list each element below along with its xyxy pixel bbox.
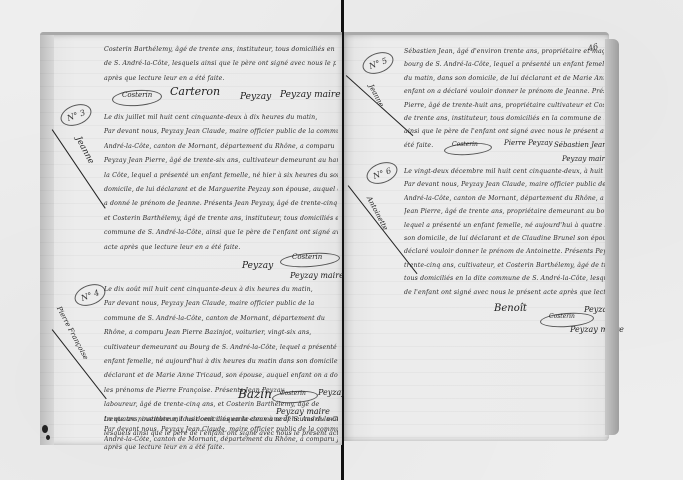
signature: Costerin: [549, 313, 575, 320]
birth-record-entry: Le quatre novembre mil huit cent cinquan…: [104, 415, 338, 445]
signature: Pierre Peyzay: [504, 139, 552, 147]
text-line: bourg de S. André-la-Côte, lequel a prés…: [404, 58, 604, 71]
text-line: a donné le prénom de Jeanne. Présents Je…: [104, 197, 338, 211]
text-line: déclaré vouloir donner le prénom de Anto…: [404, 245, 606, 258]
signature: Peyzay maire: [570, 325, 624, 334]
signature: Peyzay: [318, 388, 346, 397]
text-line: Costerin Barthélemy, âgé de trente ans, …: [104, 43, 336, 57]
text-line: Par devant nous, Peyzay Jean Claude, mai…: [104, 297, 338, 311]
text-line: Pierre, âgé de trente-huit ans, propriét…: [404, 99, 604, 112]
text-line: enfant femelle, né aujourd'hui à dix heu…: [104, 355, 338, 369]
signature: Costerin: [452, 141, 478, 148]
signature: Costerin: [280, 390, 306, 397]
text-line: Par devant nous, Peyzay Jean Claude, mai…: [104, 425, 338, 435]
entry-number-badge: N° 5: [360, 48, 397, 78]
entry-number-badge: N° 3: [58, 100, 95, 130]
signature: Peyzay: [584, 305, 612, 314]
text-line: Le dix juillet mil huit cent cinquante-d…: [104, 111, 338, 125]
left-page: Costerin Barthélemy, âgé de trente ans, …: [40, 32, 342, 445]
signature: Peyzay: [242, 261, 273, 271]
text-line: Peyzay Jean Pierre, âgé de trente-six an…: [104, 154, 338, 168]
text-line: Le vingt-deux décembre mil huit cent cin…: [404, 165, 606, 178]
text-line: lequel a présenté un enfant femelle, né …: [404, 219, 606, 232]
continuation-text: Costerin Barthélemy, âgé de trente ans, …: [104, 43, 336, 86]
entry-number-badge: N° 4: [72, 280, 109, 310]
text-line: Par devant nous, Peyzay Jean Claude, mai…: [104, 125, 338, 139]
signature: Peyzay maire: [562, 155, 609, 163]
text-line: ainsi que le père de l'enfant ont signé …: [404, 125, 604, 138]
ink-stain: [46, 435, 50, 440]
text-line: Sébastien Jean, âgé d'environ trente ans…: [404, 45, 604, 58]
text-line: Par devant nous, Peyzay Jean Claude, mai…: [404, 178, 606, 191]
text-line: du matin, dans son domicile, de lui décl…: [404, 72, 604, 85]
text-line: de S. André-la-Côte, lesquels ainsi que …: [104, 57, 336, 71]
signature: Bazin: [238, 387, 272, 401]
text-line: de trente ans, instituteur, tous domicil…: [404, 112, 604, 125]
text-line: de l'enfant ont signé avec nous le prése…: [404, 286, 606, 299]
text-line: enfant on a déclaré vouloir donner le pr…: [404, 85, 604, 98]
text-line: Le dix août mil huit cent cinquante-deux…: [104, 283, 338, 297]
signature: Carteron: [170, 85, 220, 98]
signature: Costerin: [122, 91, 152, 99]
text-line: son domicile, de lui déclarant et de Cla…: [404, 232, 606, 245]
text-line: André-la-Côte, canton de Mornant, départ…: [404, 192, 606, 205]
birth-record-entry: Sébastien Jean, âgé d'environ trente ans…: [404, 45, 604, 152]
entry-number-badge: N° 6: [364, 158, 401, 188]
text-line: André-la-Côte, canton de Mornant, départ…: [104, 435, 338, 445]
signature: Peyzay maire: [280, 90, 341, 100]
text-line: commune de S. André-la-Côte, ainsi que l…: [104, 226, 338, 240]
signature: Benoît: [494, 303, 527, 314]
birth-record-entry: Le vingt-deux décembre mil huit cent cin…: [404, 165, 606, 299]
text-line: domicile, de lui déclarant et de Marguer…: [104, 183, 338, 197]
text-line: déclarant et de Marie Anne Tricaud, son …: [104, 369, 338, 383]
right-page: 46 N° 5 Jeanne Sébastien Jean, âgé d'env…: [344, 32, 609, 441]
text-line: trente-cinq ans, cultivateur, et Costeri…: [404, 259, 606, 272]
text-line: commune de S. André-la-Côte, canton de M…: [104, 312, 338, 326]
margin-name: Jeanne: [73, 135, 96, 166]
text-line: cultivateur demeurant au Bourg de S. And…: [104, 341, 338, 355]
text-line: la Côte, lequel a présenté un enfant fem…: [104, 169, 338, 183]
text-line: Rhône, a comparu Jean Pierre Bazinjot, v…: [104, 326, 338, 340]
birth-record-entry: Le dix juillet mil huit cent cinquante-d…: [104, 111, 338, 255]
text-line: tous domiciliés en la dite commune de S.…: [404, 272, 606, 285]
signature: Peyzay: [240, 92, 271, 102]
text-line: Le quatre novembre mil huit cent cinquan…: [104, 415, 338, 425]
text-line: et Costerin Barthélemy, âgé de trente an…: [104, 212, 338, 226]
signature: Peyzay maire: [290, 271, 344, 280]
text-line: Jean Pierre, âgé de trente ans, propriét…: [404, 205, 606, 218]
ink-stain: [42, 425, 48, 433]
margin-name: Pierre Françoise: [55, 305, 90, 361]
signature: Costerin: [292, 253, 322, 261]
signature: Sébastien Jean: [554, 141, 607, 149]
text-line: André-la-Côte, canton de Mornant, départ…: [104, 140, 338, 154]
